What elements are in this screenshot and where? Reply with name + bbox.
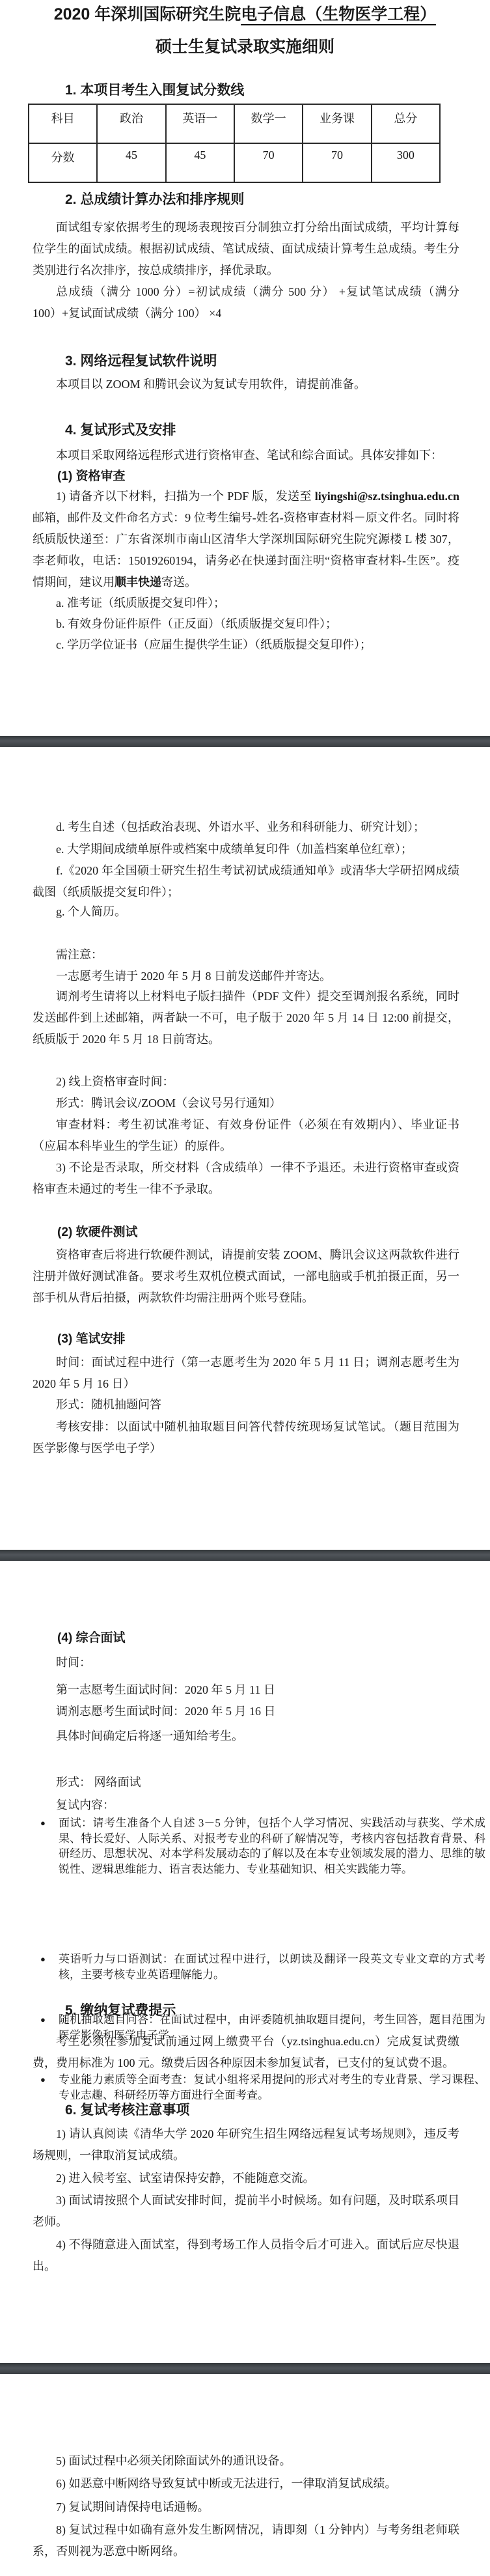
notice-item-5: 5) 面试过程中必须关闭除面试外的通讯设备。: [33, 2450, 459, 2472]
table-header-english: 英语一: [166, 104, 234, 143]
interview-bullet-2: ●英语听力与口语测试：在面试过程中进行，以朗读及翻译一段英文专业文章的方式考核，…: [33, 1952, 485, 1982]
section5-paragraph: 考生必须在参加复试前通过网上缴费平台（yz.tsinghua.edu.cn）完成…: [33, 2031, 459, 2074]
note-item-1: 一志愿考生请于 2020 年 5 月 8 日前发送邮件并寄达。: [33, 966, 459, 987]
sub3-heading: (3) 笔试安排: [33, 1330, 459, 1349]
section2-paragraph: 面试组专家依据考生的现场表现按百分制独立打分给出面试成绩，平均计算每位学生的面试…: [33, 217, 459, 281]
score-row-label: 分数: [29, 143, 97, 182]
sub4-form: 形式： 网络面试: [33, 1772, 459, 1793]
score-total: 300: [372, 143, 440, 182]
notice-item-1: 1) 请认真阅读《清华大学 2020 年研究生招生网络远程复试考场规则》，违反考…: [33, 2123, 459, 2166]
table-header-math: 数学一: [234, 104, 303, 143]
title-text: 2020 年深圳国际研究生院: [54, 5, 241, 23]
sub4-time-label: 时间：: [33, 1652, 459, 1673]
sub3-time: 时间：面试过程中进行（第一志愿考生为 2020 年 5 月 11 日；调剂志愿考…: [33, 1352, 459, 1395]
notice-item-2: 2) 进入候考室、试室请保持安静，不能随意交流。: [33, 2168, 459, 2189]
document-title-line2: 硕士生复试录取实施细则: [0, 34, 490, 60]
section2-formula: 总成绩（满分 1000 分）=初试成绩（满分 500 分） +复试笔试成绩（满分…: [33, 281, 459, 324]
document-page: 2020 年深圳国际研究生院电子信息（生物医学工程） 硕士生复试录取实施细则 1…: [0, 0, 490, 2576]
material-item-c: c. 学历学位证书（应届生提供学生证）（纸质版提交复印件）；: [33, 634, 459, 656]
sub1-heading: (1) 资格审查: [33, 468, 459, 486]
sub4-time-note: 具体时间确定后将逐一通知给考生。: [33, 1726, 459, 1747]
material-item-d: d. 考生自述（包括政治表现、外语水平、业务和科研能力、研究计划）；: [33, 817, 459, 838]
section2-heading: 2. 总成绩计算办法和排序规则: [33, 190, 490, 210]
interview-bullet-2-text: 英语听力与口语测试：在面试过程中进行，以朗读及翻译一段英文专业文章的方式考核，主…: [59, 1953, 485, 1981]
score-english: 45: [166, 143, 234, 182]
note-heading: 需注意：: [33, 944, 459, 966]
score-major: 70: [303, 143, 371, 182]
section1-heading: 1. 本项目考生入围复试分数线: [33, 81, 490, 100]
material-item-a: a. 准考证（纸质版提交复印件）；: [33, 593, 459, 614]
sf-express-bold: 顺丰快递: [115, 576, 161, 589]
sub4-heading: (4) 综合面试: [33, 1629, 459, 1647]
notice-item-7: 7) 复试期间请保持电话通畅。: [33, 2497, 459, 2518]
sub1-item1-text: 1) 请备齐以下材料，扫描为一个 PDF 版，发送至: [56, 490, 315, 503]
notice-item-3: 3) 面试请按照个人面试安排时间，提前半小时候场。如有问题，及时联系项目老师。: [33, 2190, 459, 2233]
sub1-item1-paragraph: 1) 请备齐以下材料，扫描为一个 PDF 版，发送至 liyingshi@sz.…: [33, 486, 459, 593]
sub1-item1-text2: 邮箱，邮件及文件命名方式：9 位考生编号-姓名-资格审查材料－原文件名。同时将纸…: [33, 511, 459, 589]
material-item-g: g. 个人简历。: [33, 901, 459, 923]
sub1-item2-form: 形式：腾讯会议/ZOOM（会议号另行通知）: [33, 1093, 459, 1114]
section4-intro: 本项目采取网络远程形式进行资格审查、笔试和综合面试。具体安排如下：: [33, 445, 459, 466]
notice-item-6: 6) 如恶意中断网络导致复试中断或无法进行，一律取消复试成绩。: [33, 2473, 459, 2495]
table-header-total: 总分: [372, 104, 440, 143]
bullet-dot-icon: ●: [40, 2072, 46, 2088]
table-header-subject: 科目: [29, 104, 97, 143]
sub1-item3: 3) 不论是否录取，所交材料（含成绩单）一律不予退还。未进行资格审查或资格审查未…: [33, 1157, 459, 1200]
document-title-line1: 2020 年深圳国际研究生院电子信息（生物医学工程）: [0, 1, 490, 27]
sub4-content-label: 复试内容：: [33, 1795, 459, 1816]
sub1-item2-materials: 审查材料：考生初试准考证、有效身份证件（必须在有效期内）、毕业证书（应届本科毕业…: [33, 1114, 459, 1157]
notice-item-8: 8) 复试过程中如确有意外发生断网情况，请即刻（1 分钟内）与考务组老师联系，否…: [33, 2519, 459, 2562]
material-item-e: e. 大学期间成绩单原件或档案中成绩单复印件（加盖档案单位红章）；: [33, 839, 459, 860]
sub1-item2-heading: 2) 线上资格审查时间：: [33, 1071, 459, 1093]
interview-bullet-1-text: 面试：请考生准备个人自述 3－5 分钟，包括个人学习情况、实践活动与获奖、学术成…: [59, 1817, 485, 1875]
sub3-form: 形式：随机抽题问答: [33, 1394, 459, 1416]
interview-bullet-1: ●面试：请考生准备个人自述 3－5 分钟，包括个人学习情况、实践活动与获奖、学术…: [33, 1815, 485, 1877]
section3-paragraph: 本项目以 ZOOM 和腾讯会议为复试专用软件，请提前准备。: [33, 374, 459, 395]
notice-item-4: 4) 不得随意进入面试室，得到考场工作人员指令后才可进入。面试后应尽快退出。: [33, 2234, 459, 2277]
sub4-time-adjust: 调剂志愿考生面试时间：2020 年 5 月 16 日: [33, 1701, 459, 1722]
section4-heading: 4. 复试形式及安排: [33, 421, 490, 440]
page-separator-2: [0, 1550, 490, 1561]
title-underlined-text: 电子信息（生物医学工程）: [241, 5, 436, 25]
score-math: 70: [234, 143, 303, 182]
section3-heading: 3. 网络远程复试软件说明: [33, 352, 490, 371]
section5-heading: 5. 缴纳复试费提示: [33, 2001, 490, 2021]
section6-heading: 6. 复试考核注意事项: [33, 2101, 490, 2120]
interview-bullet-4: ●专业能力素质等全面考查：复试小组将采用提问的形式对考生的专业背景、学习课程、专…: [33, 2072, 485, 2103]
bullet-dot-icon: ●: [40, 1815, 46, 1831]
table-header-row: 科目 政治 英语一 数学一 业务课 总分: [29, 104, 440, 143]
contact-email: liyingshi@sz.tsinghua.edu.cn: [315, 490, 459, 503]
score-line-table: 科目 政治 英语一 数学一 业务课 总分 分数 45 45 70 70 300: [28, 104, 441, 183]
table-score-row: 分数 45 45 70 70 300: [29, 143, 440, 182]
sub2-paragraph: 资格审查后将进行软硬件测试，请提前安装 ZOOM、腾讯会议这两款软件进行注册并做…: [33, 1244, 459, 1309]
table-header-politics: 政治: [97, 104, 165, 143]
interview-bullet-4-text: 专业能力素质等全面考查：复试小组将采用提问的形式对考生的专业背景、学习课程、专业…: [59, 2073, 485, 2101]
sub4-time-first: 第一志愿考生面试时间：2020 年 5 月 11 日: [33, 1679, 459, 1701]
material-item-f: f.《2020 年全国硕士研究生招生考试初试成绩通知单》或清华大学研招网成绩截图…: [33, 860, 459, 903]
sub1-item1-text3: 寄送。: [161, 576, 197, 589]
note-item-2: 调剂考生请将以上材料电子版扫描件（PDF 文件）提交至调剂报名系统，同时发送邮件…: [33, 986, 459, 1050]
score-politics: 45: [97, 143, 165, 182]
table-header-major: 业务课: [303, 104, 371, 143]
material-item-b: b. 有效身份证件原件（正反面）（纸质版提交复印件）；: [33, 613, 459, 635]
page-separator-3: [0, 2363, 490, 2374]
bullet-dot-icon: ●: [40, 1952, 46, 1967]
page-separator-1: [0, 736, 490, 747]
sub2-heading: (2) 软硬件测试: [33, 1224, 459, 1242]
sub3-plan: 考核安排：以面试中随机抽取题目问答代替传统现场复试笔试。（题目范围为医学影像与医…: [33, 1416, 459, 1459]
